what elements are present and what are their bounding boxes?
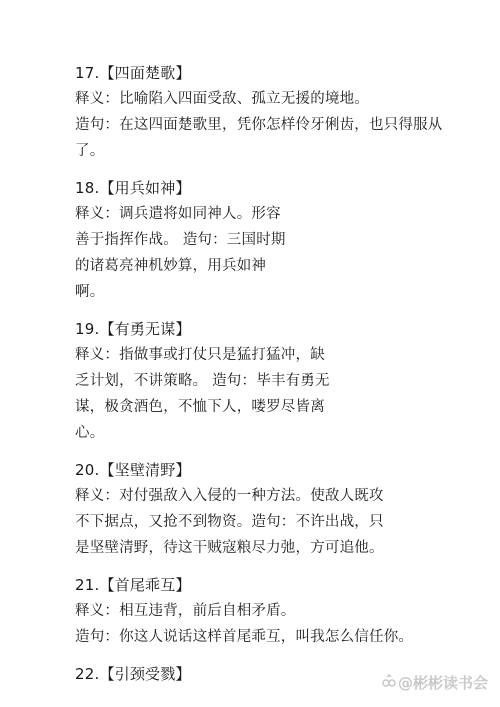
idiom-text-line: 善于指挥作战。 造句：三国时期 [75,227,475,253]
idiom-text-line: 谋，极贪酒色，不恤下人，喽罗尽皆离 [75,394,475,420]
idiom-text-line: 释义：比喻陷入四面受敌、孤立无援的境地。 [75,86,475,112]
idiom-text-line: 啊。 [75,279,475,305]
idiom-text-line: 释义：调兵遣将如同神人。形容 [75,201,475,227]
idiom-text-line: 心。 [75,420,475,446]
document-body: 17.【四面楚歌】 释义：比喻陷入四面受敌、孤立无援的境地。 造句：在这四面楚歌… [75,60,475,698]
platform-logo-icon [382,674,396,692]
idiom-text-line: 造句：你这人说话这样首尾乖互，叫我怎么信任你。 [75,624,475,650]
idiom-title: 17.【四面楚歌】 [75,60,475,86]
idiom-text-line: 释义：相互违背，前后自相矛盾。 [75,598,475,624]
idiom-text-line: 的诸葛亮神机妙算，用兵如神 [75,253,475,279]
idiom-entry-17: 17.【四面楚歌】 释义：比喻陷入四面受敌、孤立无援的境地。 造句：在这四面楚歌… [75,60,475,164]
idiom-entry-19: 19.【有勇无谋】 释义：指做事或打仗只是猛打猛冲，缺 乏计划，不讲策略。 造句… [75,316,475,446]
idiom-text-line: 造句：在这四面楚歌里，凭你怎样伶牙俐齿，也只得服从 [75,112,475,138]
idiom-title: 19.【有勇无谋】 [75,316,475,342]
watermark-text: @彬彬读书会 [398,672,488,693]
idiom-title: 18.【用兵如神】 [75,175,475,201]
idiom-title: 20.【坚壁清野】 [75,457,475,483]
idiom-text-line: 了。 [75,138,475,164]
idiom-text-line: 释义：对付强敌入入侵的一种方法。使敌人既攻 [75,483,475,509]
idiom-entry-21: 21.【首尾乖互】 释义：相互违背，前后自相矛盾。 造句：你这人说话这样首尾乖互… [75,572,475,650]
idiom-text-line: 乏计划，不讲策略。 造句：毕丰有勇无 [75,368,475,394]
idiom-entry-18: 18.【用兵如神】 释义：调兵遣将如同神人。形容 善于指挥作战。 造句：三国时期… [75,175,475,305]
idiom-entry-20: 20.【坚壁清野】 释义：对付强敌入入侵的一种方法。使敌人既攻 不下据点，又抢不… [75,457,475,561]
idiom-text-line: 是坚壁清野，待这干贼寇粮尽力弛，方可追他。 [75,535,475,561]
idiom-title: 21.【首尾乖互】 [75,572,475,598]
watermark: @彬彬读书会 [382,672,488,693]
idiom-text-line: 不下据点，又抢不到物资。造句：不许出战，只 [75,509,475,535]
idiom-text-line: 释义：指做事或打仗只是猛打猛冲，缺 [75,342,475,368]
